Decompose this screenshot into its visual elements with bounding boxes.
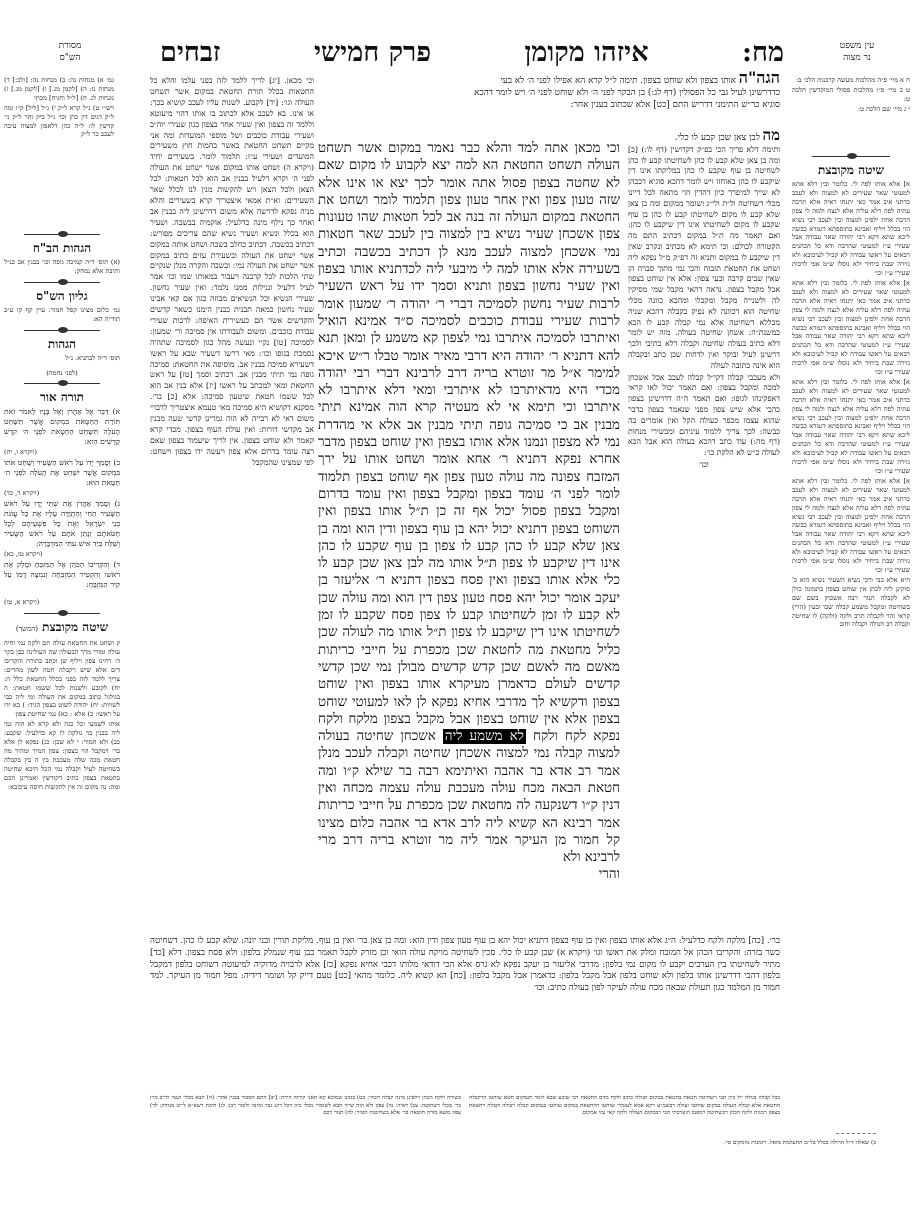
shita-text: א] אלא אותו לפה לי. כלומר ובין רלא אתא ל… — [792, 378, 910, 476]
ornament-divider — [24, 326, 100, 334]
tosafot-column: וכי מכאן. [יג] לריך ללמד לזה בפני עלמו ו… — [150, 76, 314, 936]
ornament-divider — [812, 152, 890, 160]
shita-text: א] אלא אותו לפה לי. כלומר ובין רלא אתא ל… — [792, 477, 910, 575]
page-header: עין משפט נר מצוה מח: איזהו מקומן פרק חמי… — [0, 38, 914, 68]
hagahot-text: תוס׳ ד״ה לבתניא. נ״ל — [4, 354, 120, 363]
shita-continued-title: שיטה מקובצת (המשך) — [4, 620, 120, 637]
perek-number: פרק חמישי — [314, 38, 431, 68]
ein-mishpat-label: עין משפט נר מצוה — [822, 40, 892, 64]
gemara-text: וכי מכאן אתה למד והלא כבר נאמר במקום אשר… — [318, 140, 620, 884]
gilyon-title: גליון הש"ס — [4, 289, 120, 304]
tosafot-text: וכי מכאן. [יג] לריך ללמד לזה בפני עלמו ו… — [150, 76, 314, 469]
bach-text: (א) תוס׳ ד״ה קמיכה גופה וכו׳ בבנין אב כנ… — [4, 258, 120, 276]
shita-title: שיטה מקובצת — [792, 163, 910, 178]
rashi-text-cont: ולא מעכבי קבלה דקי״ל קבלה לעכב אכל אשכחן… — [628, 373, 780, 459]
shita-text: א] אלא אותו לפה לי. כלומר ובין רלא אתא ל… — [792, 180, 910, 278]
shita-mekubetzet-column: שיטה מקובצת א] אלא אותו לפה לי. כלומר וב… — [792, 150, 910, 1140]
hagaha-head: הגה"ה — [739, 68, 780, 87]
highlighted-selection[interactable]: לא משמע ליה — [443, 729, 526, 744]
bottom-note: ב) שאלה ד״ל הרולה בכלל בל״ם החעלמת מואל.… — [723, 1139, 876, 1147]
footnote-col: בכל קבלה בגולה ייל כיון תבי רשחיטה חטאת … — [469, 1095, 780, 1133]
footnote-col: בשירה ולקח הכהן וילפינן מינה קבלה הטיר: … — [150, 1095, 461, 1133]
hagaha-text: אותו בצפון ולא שוחט בצפון. תימה ל״ל קרא … — [474, 76, 780, 110]
torah-ref: (ויקרא ד, כד) — [4, 489, 120, 498]
torah-verse: ד) וְהִקְרִיבוֹ הַכֹּהֵן אֶל הַמִּזְבֵּח… — [4, 560, 120, 590]
tractate-name: זבחים — [160, 38, 220, 68]
page-title: מח: איזהו מקומן פרק חמישי זבחים — [160, 38, 784, 68]
ornament-divider — [24, 230, 100, 238]
torah-verse: ב) וְסָמַךְ יָדוֹ עַל רֹאשׁ הַשָּׂעִיר ו… — [4, 458, 120, 488]
rashi-dibbur-head: מה לבן צאן שכן קבע לו כלי. — [628, 130, 780, 144]
rashi-text: ותימה דלא פריך הכי בפ״ק דקדושין (דף לו:)… — [628, 145, 780, 372]
ein-mishpat-entry: י ג מיי׳ שם הלכה ט: — [792, 105, 910, 114]
shita-text: א] אלא אותו לפה לי. כלומר ובין רלא אתא ל… — [792, 279, 910, 377]
shita-text-lower: היא אלא בבי ורבי נשיא השעיר נשיא הוא כ' … — [792, 576, 910, 629]
ornament-divider — [24, 379, 100, 387]
rashi-end: וכו׳ — [628, 460, 780, 471]
ein-mishpat-column: ח א מיי׳ פ״ה מהלכות מעשה קרבנות הלכ׳ ב: … — [792, 76, 910, 146]
gemara-end: והרי — [318, 866, 620, 883]
footnotes: בכל קבלה בגולה ייל כיון תבי רשחיטה חטאת … — [150, 1095, 780, 1133]
ornament-divider — [24, 278, 100, 286]
folio-number: מח: — [742, 38, 784, 68]
chapter-name: איזהו מקומן — [525, 38, 649, 68]
ein-mishpat-entry: ח א מיי׳ פ״ה מהלכות מעשה קרבנות הלכ׳ ב: — [792, 76, 910, 85]
masoret-hashas-column: גמ׳ א) מנחות נה: ב) מנחות נה: [ולכ:] ד) … — [4, 76, 114, 226]
continued-note: (המשך) — [16, 625, 38, 633]
hagahot-ref: (לפני נחמה) — [4, 369, 120, 378]
ein-mishpat-entry: ט ב מיי׳ פ״ו מהלכות פסולי המוקדשין הלכה … — [792, 86, 910, 104]
torah-ref: (ויקרא ו, יח) — [4, 448, 120, 457]
torah-ref: (ויקרא טז, כא) — [4, 550, 120, 559]
ornament-divider — [24, 609, 100, 617]
torah-verse: א) דַּבֵּר אֶל אַהֲרֹן וְאֶל בָּנָיו לֵא… — [4, 407, 120, 447]
torah-or-title: תורה אור — [4, 390, 120, 405]
gilyon-text: גמ׳ כלום מצינו קפל חמור. עיין קף קו ע״ב … — [4, 306, 120, 324]
masoret-label: מסורת הש"ס — [40, 40, 100, 64]
left-margin-column: הגהות הב"ח (א) תוס׳ ד״ה קמיכה גופה וכו׳ … — [4, 228, 120, 1128]
masoret-entry: גמ׳ א) מנחות נה: ב) מנחות נה: [ולכ:] ד) … — [4, 76, 114, 103]
bach-title: הגהות הב"ח — [4, 241, 120, 256]
masoret-entry: רש״י ט) נ״ל קרא ל״ק י) נ״ל [ליל] ק״ו ומה… — [4, 104, 114, 140]
hagaha-block: הגה"ה אותו בצפון ולא שוחט בצפון. תימה ל״… — [470, 72, 780, 111]
hagahot-title: הגהות — [4, 337, 120, 352]
torah-verse: ג) וְסָמַךְ אַהֲרֹן אֶת שְׁתֵּי יָדָו עַ… — [4, 499, 120, 549]
shita-continued-text: אותו לשמעי וכל כגה ולא קרא לא הוה גמי לי… — [4, 720, 120, 791]
rashi-bottom-block: בר׳. [כה] מלקה ולקח כדלעיל: ה״ג אלא אותו… — [150, 936, 780, 1048]
gemara-body: וכי מכאן אתה למד והלא כבר נאמר במקום אשר… — [318, 140, 620, 884]
shita-continued-text: ק ושחט את החטאת עולה תם ולקה נמי וחיה עו… — [4, 639, 120, 719]
torah-ref: (ויקרא א, טו) — [4, 598, 120, 607]
rashi-column: מה לבן צאן שכן קבע לו כלי. ותימה דלא פרי… — [628, 130, 780, 930]
bottom-rule — [836, 1133, 876, 1134]
